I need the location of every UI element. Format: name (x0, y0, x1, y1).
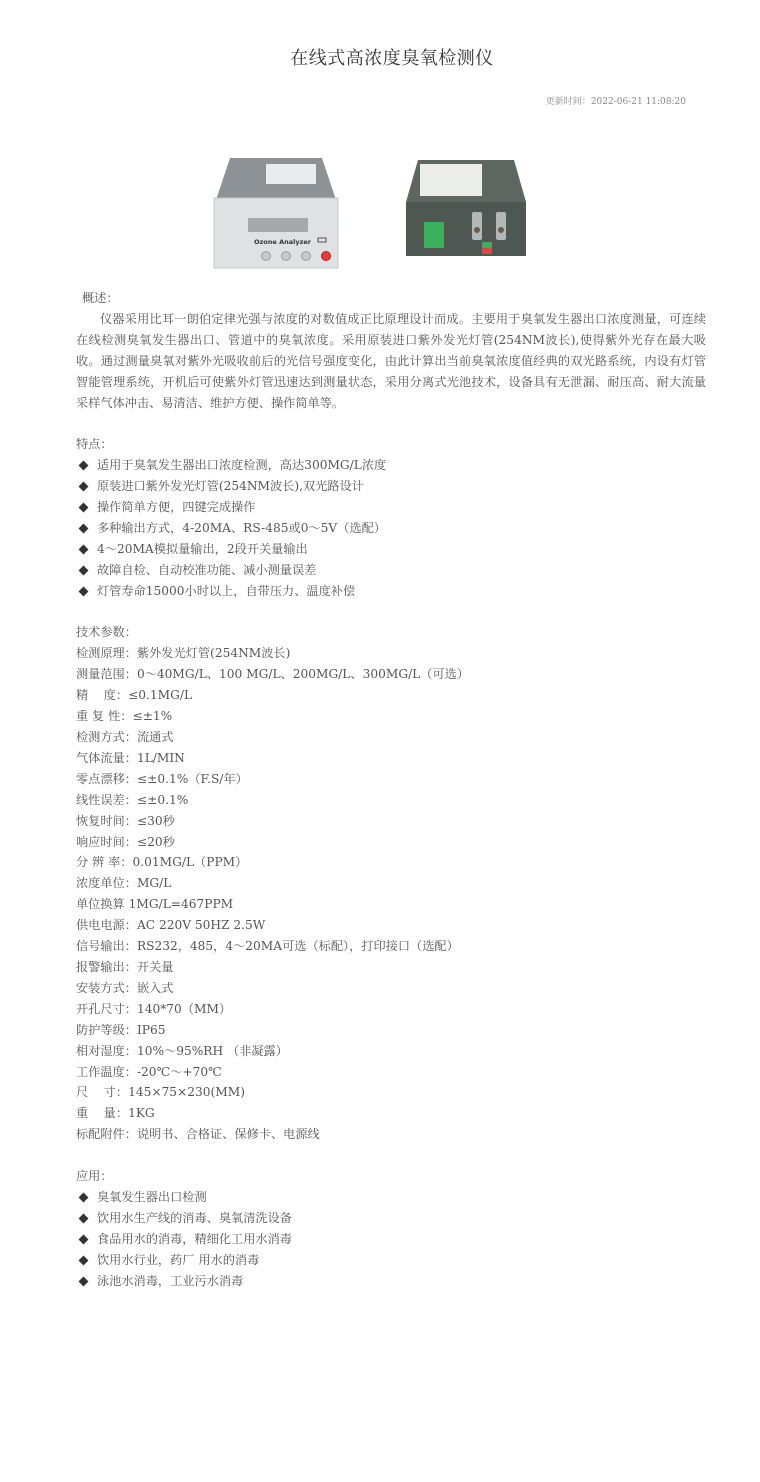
spec-label: 单位换算 (76, 894, 129, 915)
update-time: 更新时间：2022-06-21 11:08:20 (546, 94, 686, 107)
spec-value: 流通式 (137, 727, 174, 748)
spec-label: 开孔尺寸： (76, 999, 137, 1020)
overview-heading: 概述： (76, 288, 706, 309)
spec-label: 重 复 性： (76, 706, 133, 727)
spec-label: 浓度单位： (76, 873, 137, 894)
spec-label: 防护等级： (76, 1020, 137, 1041)
spec-label: 标配附件： (76, 1124, 137, 1145)
spec-label: 安装方式： (76, 978, 137, 999)
spec-value: 紫外发光灯管(254NM波长) (137, 643, 290, 664)
product-image-front: Ozone Analyzer (210, 152, 342, 270)
spec-row: 响应时间：≤20秒 (76, 832, 706, 853)
spec-row: 测量范围：0～40MG/L、100 MG/L、200MG/L、300MG/L（可… (76, 664, 706, 685)
diamond-bullet-icon (79, 461, 89, 471)
diamond-bullet-icon (79, 565, 89, 575)
diamond-bullet-icon (79, 1213, 89, 1223)
spec-row: 安装方式：嵌入式 (76, 978, 706, 999)
diamond-bullet-icon (79, 544, 89, 554)
spec-label: 报警输出： (76, 957, 137, 978)
spec-row: 精 度：≤0.1MG/L (76, 685, 706, 706)
spec-label: 分 辨 率： (76, 852, 133, 873)
spec-value: ≤±1% (133, 706, 173, 727)
application-item: 饮用水生产线的消毒、臭氧清洗设备 (76, 1208, 706, 1229)
spec-label: 精 度： (76, 685, 128, 706)
spec-row: 线性误差：≤±0.1% (76, 790, 706, 811)
specs-list: 检测原理：紫外发光灯管(254NM波长) 测量范围：0～40MG/L、100 M… (76, 643, 706, 1145)
spec-label: 尺 寸： (76, 1082, 128, 1103)
spec-row: 重 量：1KG (76, 1103, 706, 1124)
application-item: 泳池水消毒，工业污水消毒 (76, 1271, 706, 1292)
ozone-analyzer-label: Ozone Analyzer (254, 238, 312, 246)
diamond-bullet-icon (79, 482, 89, 492)
product-image-rear (402, 158, 530, 268)
spec-row: 检测原理：紫外发光灯管(254NM波长) (76, 643, 706, 664)
diamond-bullet-icon (79, 1234, 89, 1244)
spec-label: 线性误差： (76, 790, 137, 811)
spec-value: 1L/MIN (137, 748, 185, 769)
spec-label: 相对湿度： (76, 1041, 137, 1062)
update-time-label: 更新时间： (546, 97, 591, 107)
spec-label: 零点漂移： (76, 769, 137, 790)
spec-row: 供电电源：AC 220V 50HZ 2.5W (76, 915, 706, 936)
spec-label: 信号输出： (76, 936, 137, 957)
spec-value: 145×75×230(MM) (128, 1082, 245, 1103)
spec-value: 0.01MG/L（PPM） (133, 852, 248, 873)
spec-value: IP65 (137, 1020, 166, 1041)
spec-value: ≤20秒 (137, 832, 175, 853)
spec-label: 响应时间： (76, 832, 137, 853)
spec-label: 供电电源： (76, 915, 137, 936)
spec-value: 140*70（MM） (137, 999, 231, 1020)
spec-label: 工作温度： (76, 1062, 137, 1083)
feature-item: 适用于臭氧发生器出口浓度检测，高达300MG/L浓度 (76, 455, 706, 476)
spec-label: 测量范围： (76, 664, 137, 685)
diamond-bullet-icon (79, 586, 89, 596)
spec-label: 重 量： (76, 1103, 128, 1124)
spec-value: MG/L (137, 873, 171, 894)
spec-row: 恢复时间：≤30秒 (76, 811, 706, 832)
spec-value: RS232，485，4～20MA可选（标配），打印接口（选配） (137, 936, 459, 957)
spec-value: 说明书、合格证、保修卡、电源线 (137, 1124, 320, 1145)
spec-row: 开孔尺寸：140*70（MM） (76, 999, 706, 1020)
spec-value: ≤±0.1% (137, 790, 188, 811)
spec-row: 信号输出：RS232，485，4～20MA可选（标配），打印接口（选配） (76, 936, 706, 957)
feature-item: 操作简单方便，四键完成操作 (76, 497, 706, 518)
update-time-value: 2022-06-21 11:08:20 (591, 97, 686, 107)
spec-row: 报警输出：开关量 (76, 957, 706, 978)
spec-label: 气体流量： (76, 748, 137, 769)
spec-row: 重 复 性：≤±1% (76, 706, 706, 727)
spec-row: 尺 寸：145×75×230(MM) (76, 1082, 706, 1103)
diamond-bullet-icon (79, 523, 89, 533)
spec-row: 气体流量：1L/MIN (76, 748, 706, 769)
specs-heading: 技术参数： (76, 622, 706, 643)
spec-row: 零点漂移：≤±0.1%（F.S/年） (76, 769, 706, 790)
spec-value: -20℃～+70℃ (137, 1062, 222, 1083)
spec-row: 相对湿度：10%～95%RH （非凝露） (76, 1041, 706, 1062)
spec-value: ≤0.1MG/L (128, 685, 192, 706)
spec-value: AC 220V 50HZ 2.5W (137, 915, 265, 936)
spec-value: ≤30秒 (137, 811, 175, 832)
diamond-bullet-icon (79, 1255, 89, 1265)
feature-item: 4～20MA模拟量输出，2段开关量输出 (76, 539, 706, 560)
spec-row: 单位换算 1MG/L=467PPM (76, 894, 706, 915)
feature-item: 灯管寿命15000小时以上，自带压力、温度补偿 (76, 581, 706, 602)
feature-item: 多种输出方式，4-20MA、RS-485或0～5V（选配） (76, 518, 706, 539)
application-item: 饮用水行业，药厂 用水的消毒 (76, 1250, 706, 1271)
diamond-bullet-icon (79, 1192, 89, 1202)
article-body: 概述： 仪器采用比耳一朗伯定律光强与浓度的对数值成正比原理设计而成。主要用于臭氧… (76, 288, 706, 1291)
product-images: Ozone Analyzer (210, 152, 530, 272)
spec-value: 10%～95%RH （非凝露） (137, 1041, 288, 1062)
spec-value: 嵌入式 (137, 978, 174, 999)
overview-paragraph: 仪器采用比耳一朗伯定律光强与浓度的对数值成正比原理设计而成。主要用于臭氧发生器出… (76, 309, 706, 414)
diamond-bullet-icon (79, 503, 89, 513)
application-item: 食品用水的消毒，精细化工用水消毒 (76, 1229, 706, 1250)
spec-row: 工作温度：-20℃～+70℃ (76, 1062, 706, 1083)
spec-label: 检测方式： (76, 727, 137, 748)
application-item: 臭氧发生器出口检测 (76, 1187, 706, 1208)
spec-row: 防护等级：IP65 (76, 1020, 706, 1041)
diamond-bullet-icon (79, 1276, 89, 1286)
spec-row: 浓度单位：MG/L (76, 873, 706, 894)
spec-row: 标配附件：说明书、合格证、保修卡、电源线 (76, 1124, 706, 1145)
feature-item: 原装进口紫外发光灯管(254NM波长),双光路设计 (76, 476, 706, 497)
spec-row: 检测方式：流通式 (76, 727, 706, 748)
spec-value: 0～40MG/L、100 MG/L、200MG/L、300MG/L（可选） (137, 664, 469, 685)
applications-list: 臭氧发生器出口检测 饮用水生产线的消毒、臭氧清洗设备 食品用水的消毒，精细化工用… (76, 1187, 706, 1292)
spec-value: 1KG (128, 1103, 155, 1124)
features-list: 适用于臭氧发生器出口浓度检测，高达300MG/L浓度 原装进口紫外发光灯管(25… (76, 455, 706, 601)
spec-label: 检测原理： (76, 643, 137, 664)
spec-value: ≤±0.1%（F.S/年） (137, 769, 248, 790)
page-title: 在线式高浓度臭氧检测仪 (0, 44, 760, 70)
features-heading: 特点： (76, 434, 706, 455)
spec-row: 分 辨 率：0.01MG/L（PPM） (76, 852, 706, 873)
spec-label: 恢复时间： (76, 811, 137, 832)
spec-value: 1MG/L=467PPM (129, 894, 234, 915)
feature-item: 故障自检、自动校准功能、减小测量误差 (76, 560, 706, 581)
spec-value: 开关量 (137, 957, 174, 978)
applications-heading: 应用： (76, 1166, 706, 1187)
